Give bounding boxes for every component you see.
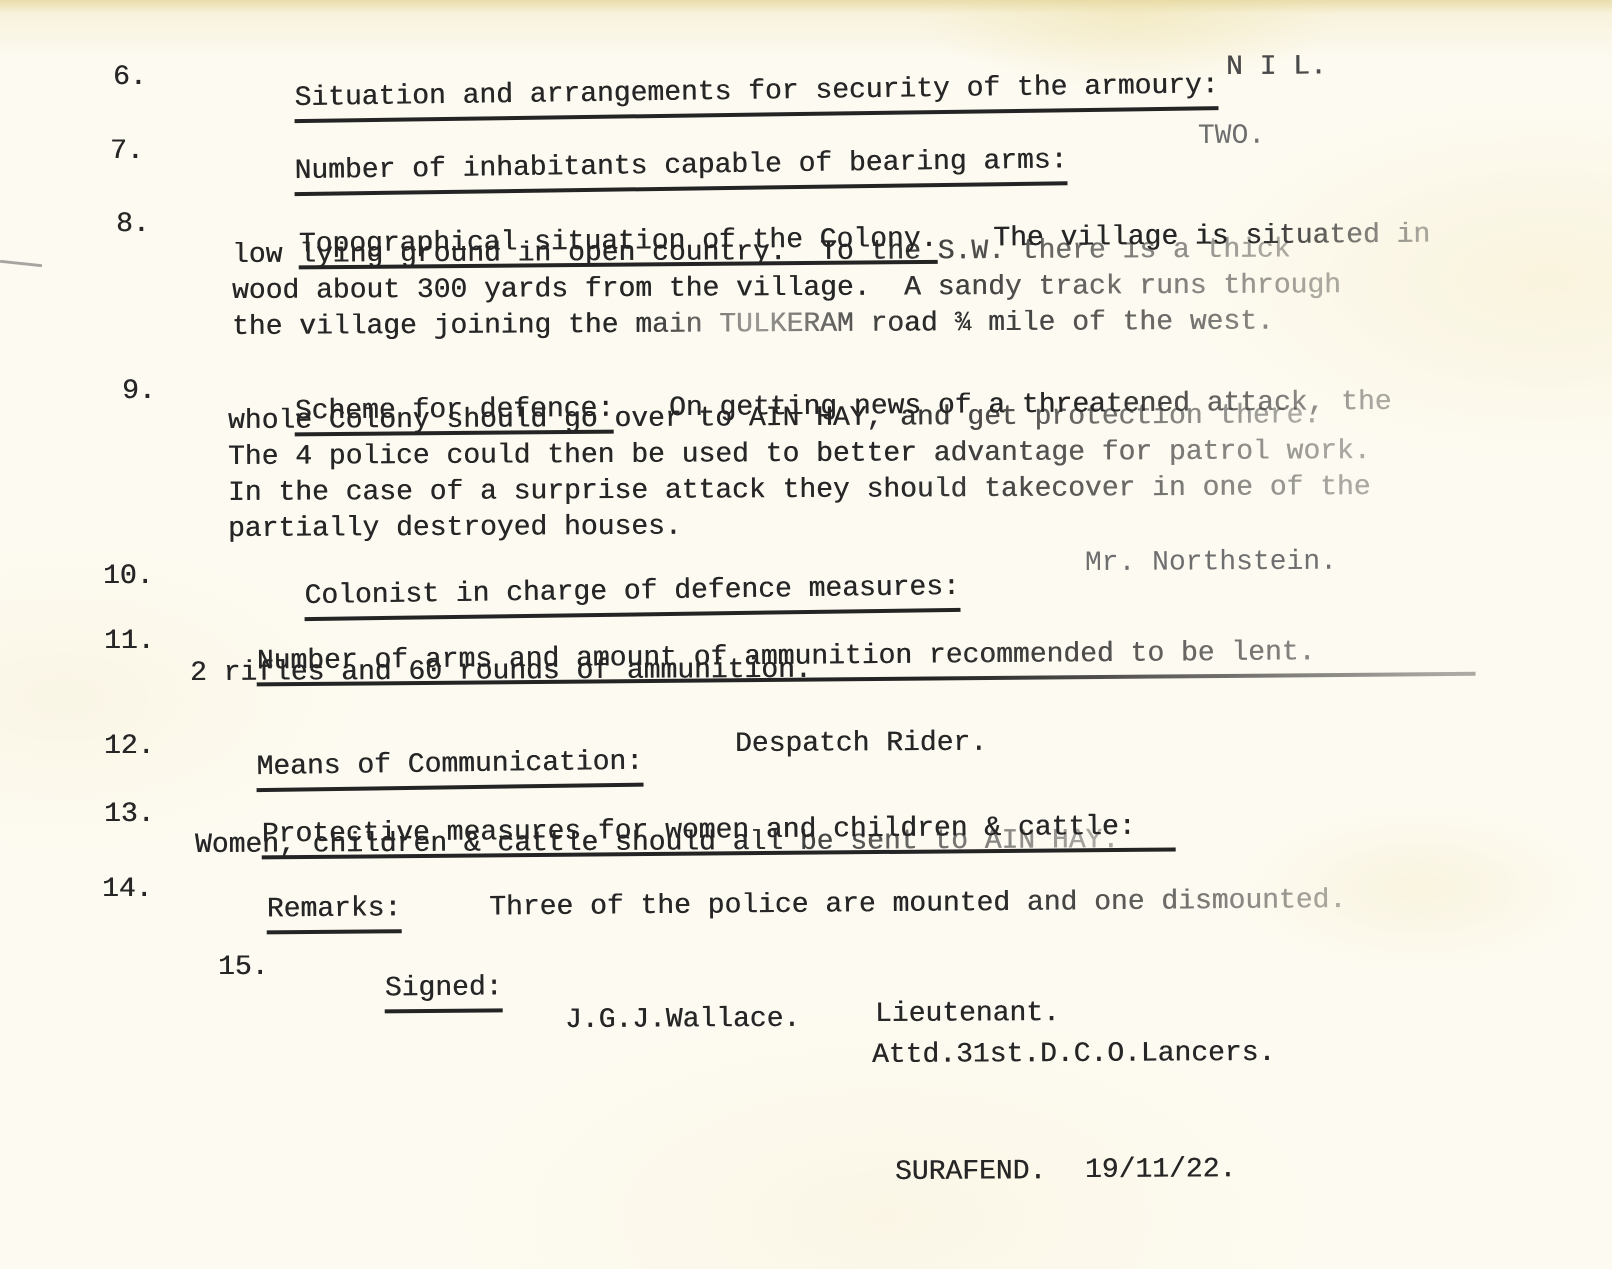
item-number: 11. <box>104 628 154 656</box>
item-heading: Remarks: <box>267 895 402 934</box>
signature-rank: Lieutenant. <box>875 1000 1060 1029</box>
item-number: 9. <box>122 378 156 406</box>
item-text-line: wood about 300 yards from the village. A… <box>232 272 1341 306</box>
item-value: TWO. <box>1198 123 1265 151</box>
item-number: 14. <box>102 876 152 904</box>
item-number: 7. <box>110 138 144 166</box>
item-text-line: The 4 police could then be used to bette… <box>228 438 1371 472</box>
item-text-line: Women, children & cattle should all be s… <box>195 827 1119 860</box>
signature-unit: Attd.31st.D.C.O.Lancers. <box>872 1040 1275 1070</box>
stray-pencil-mark <box>0 260 42 267</box>
item-heading: Means of Communication: <box>256 749 643 792</box>
item-heading-line: Signed: <box>317 946 503 1042</box>
item-number: 15. <box>218 954 268 982</box>
item-text-line: partially destroyed houses. <box>228 514 682 544</box>
item-text-line: low lying ground in open country. To the… <box>232 236 1291 270</box>
item-number: 10. <box>103 563 153 591</box>
item-number: 12. <box>104 733 154 761</box>
item-value: Despatch Rider. <box>735 730 987 759</box>
footer-place: SURAFEND. <box>895 1158 1046 1187</box>
item-value: N I L. <box>1226 53 1327 82</box>
item-text-line: the village joining the main TULKERAM ro… <box>232 309 1274 342</box>
item-heading: Colonist in charge of defence measures: <box>304 574 960 621</box>
item-heading: Situation and arrangements for security … <box>294 72 1219 123</box>
item-value: Mr. Northstein. <box>1085 549 1337 578</box>
signature-name: J.G.J.Wallace. <box>565 1006 800 1035</box>
item-text-line: 2 rifles and 60 rounds of ammunition. <box>190 657 812 688</box>
item-text-line: whole Colony should go over to AIN HAY, … <box>228 402 1320 436</box>
item-heading: Signed: <box>385 974 503 1013</box>
item-text: Three of the police are mounted and one … <box>489 887 1346 922</box>
document-page: 6. Situation and arrangements for securi… <box>0 0 1612 1269</box>
item-heading: Number of inhabitants capable of bearing… <box>294 147 1067 196</box>
item-number: 8. <box>116 211 150 239</box>
item-number: 6. <box>113 64 147 92</box>
footer-date: 19/11/22. <box>1085 1156 1236 1185</box>
item-number: 13. <box>104 801 154 829</box>
item-text-line: In the case of a surprise attack they sh… <box>228 474 1371 508</box>
